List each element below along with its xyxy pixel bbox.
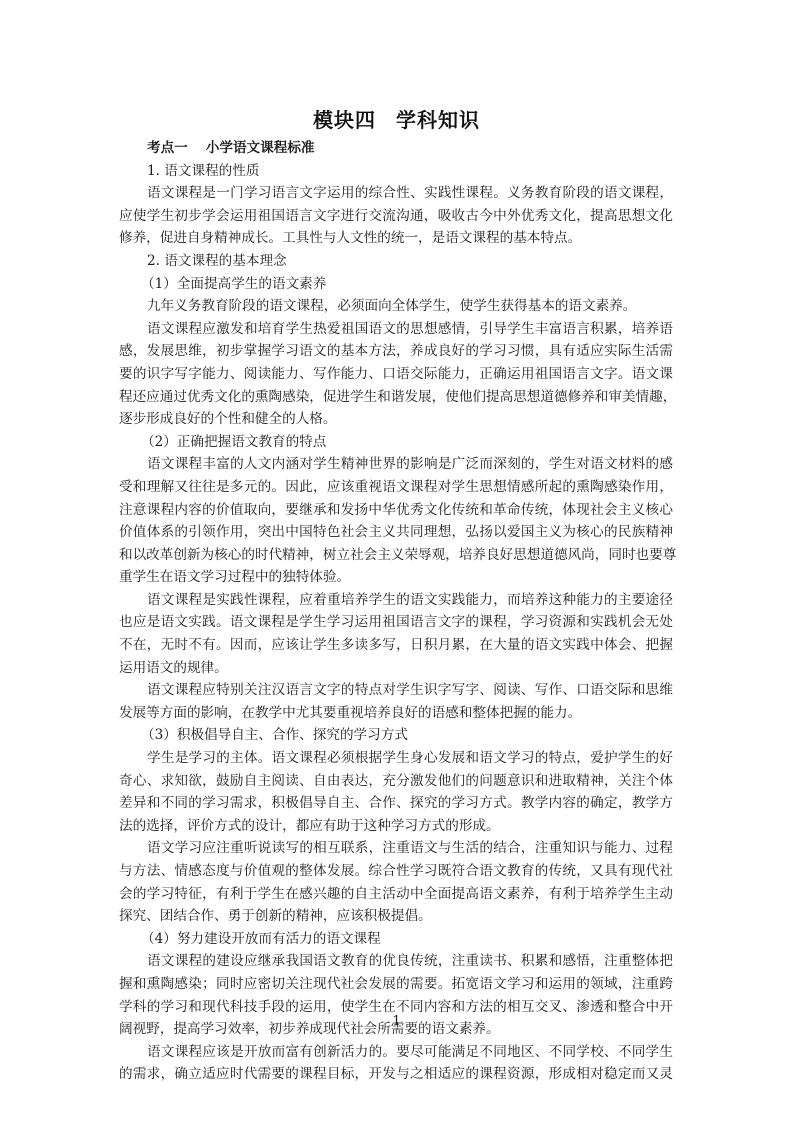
- subsection-title-3: （3）积极倡导自主、合作、探究的学习方式: [119, 724, 673, 747]
- paragraph-line: 法的选择，评价方式的设计，都应有助于这种学习方式的形成。: [119, 815, 673, 838]
- paragraph-line: 会的学习特征，有利于学生在感兴趣的自主活动中全面提高语文素养，有利于培养学生主动: [119, 883, 673, 906]
- paragraph-line: 重学生在语文学习过程中的独特体验。: [119, 566, 673, 589]
- paragraph-line: 的需求，确立适应时代需要的课程目标，开发与之相适应的课程资源，形成相对稳定而又灵: [119, 1063, 673, 1086]
- paragraph-line: 与方法、情感态度与价值观的整体发展。综合性学习既符合语文教育的传统，又具有现代社: [119, 860, 673, 883]
- paragraph-line: 语文课程应该是开放而富有创新活力的。要尽可能满足不同地区、不同学校、不同学生: [119, 1041, 673, 1064]
- paragraph: 语文课程丰富的人文内涵对学生精神世界的影响是广泛而深刻的，学生对语文材料的感受和…: [119, 453, 673, 589]
- paragraph-line: 语文学习应注重听说读写的相互联系，注重语文与生活的结合，注重知识与能力、过程: [119, 837, 673, 860]
- subsection-title-4: （4）努力建设开放而有活力的语文课程: [119, 928, 673, 951]
- paragraph-line: 语文课程是一门学习语言文字运用的综合性、实践性课程。义务教育阶段的语文课程，: [119, 182, 673, 205]
- title-module: 模块四: [313, 108, 376, 132]
- paragraph-line: 运用语文的规律。: [119, 657, 673, 680]
- subsection-title-2: （2）正确把握语文教育的特点: [119, 431, 673, 454]
- subsection-title-1: （1）全面提高学生的语文素养: [119, 273, 673, 296]
- document-body: 考点一小学语文课程标准 1. 语文课程的性质 语文课程是一门学习语言文字运用的综…: [119, 137, 673, 1086]
- paragraph-line: 也应是语文实践。语文课程是学生学习运用祖国语言文字的课程，学习资源和实践机会无处: [119, 611, 673, 634]
- section-title-1: 1. 语文课程的性质: [119, 160, 673, 183]
- paragraph-line: 握和熏陶感染；同时应密切关注现代社会发展的需要。拓宽语文学习和运用的领域，注重跨: [119, 973, 673, 996]
- paragraph-line: 价值体系的引领作用，突出中国特色社会主义共同理想，弘扬以爱国主义为核心的民族精神: [119, 521, 673, 544]
- paragraph-line: 应使学生初步学会运用祖国语言文字进行交流沟通，吸收古今中外优秀文化，提高思想文化: [119, 205, 673, 228]
- paragraph-line: 感，发展思维，初步掌握学习语文的基本方法，养成良好的学习习惯，具有适应实际生活需: [119, 340, 673, 363]
- paragraph-line: 程还应通过优秀文化的熏陶感染，促进学生和谐发展，使他们提高思想道德修养和审美情趣…: [119, 386, 673, 409]
- paragraph-line: 和以改革创新为核心的时代精神，树立社会主义荣辱观，培养良好思想道德风尚，同时也要…: [119, 544, 673, 567]
- paragraph-line: 不在，无时不有。因而，应该让学生多读多写，日积月累，在大量的语文实践中体会、把握: [119, 634, 673, 657]
- paragraph-line: 差异和不同的学习需求，积极倡导自主、合作、探究的学习方式。教学内容的确定，教学方: [119, 792, 673, 815]
- heading-label: 考点一: [147, 140, 188, 156]
- paragraph-line: 学生是学习的主体。语文课程必须根据学生身心发展和语文学习的特点，爱护学生的好: [119, 747, 673, 770]
- paragraph-line: 修养，促进自身精神成长。工具性与人文性的统一，是语文课程的基本特点。: [119, 227, 673, 250]
- paragraph-line: 注意课程内容的价值取向，要继承和发扬中华优秀文化传统和革命传统，体现社会主义核心: [119, 499, 673, 522]
- paragraph-line: 语文课程应激发和培育学生热爱祖国语文的思想感情，引导学生丰富语言积累，培养语: [119, 318, 673, 341]
- paragraph: 语文课程是实践性课程，应着重培养学生的语文实践能力，而培养这种能力的主要途径也应…: [119, 589, 673, 679]
- section-title-2: 2. 语文课程的基本理念: [119, 250, 673, 273]
- title-subject: 学科知识: [396, 108, 480, 132]
- paragraph: 语文课程应激发和培育学生热爱祖国语文的思想感情，引导学生丰富语言积累，培养语感，…: [119, 318, 673, 431]
- paragraph-line: 语文课程的建设应继承我国语文教育的优良传统，注重读书、积累和感悟，注重整体把: [119, 950, 673, 973]
- paragraph: 语文课程是一门学习语言文字运用的综合性、实践性课程。义务教育阶段的语文课程，应使…: [119, 182, 673, 250]
- document-page: 模块四学科知识 考点一小学语文课程标准 1. 语文课程的性质 语文课程是一门学习…: [0, 0, 793, 1122]
- paragraph-line: 逐步形成良好的个性和健全的人格。: [119, 408, 673, 431]
- paragraph: 语文课程应特别关注汉语言文字的特点对学生识字写字、阅读、写作、口语交际和思维发展…: [119, 679, 673, 724]
- paragraph-line: 语文课程应特别关注汉语言文字的特点对学生识字写字、阅读、写作、口语交际和思维: [119, 679, 673, 702]
- paragraph-line: 语文课程丰富的人文内涵对学生精神世界的影响是广泛而深刻的，学生对语文材料的感: [119, 453, 673, 476]
- paragraph-line: 探究、团结合作、勇于创新的精神，应该积极提倡。: [119, 905, 673, 928]
- paragraph: 语文课程应该是开放而富有创新活力的。要尽可能满足不同地区、不同学校、不同学生的需…: [119, 1041, 673, 1086]
- page-number: 1: [0, 1014, 793, 1029]
- section-heading: 考点一小学语文课程标准: [119, 137, 673, 160]
- paragraph: 学生是学习的主体。语文课程必须根据学生身心发展和语文学习的特点，爱护学生的好奇心…: [119, 747, 673, 837]
- paragraph-line: 九年义务教育阶段的语文课程，必须面向全体学生，使学生获得基本的语文素养。: [119, 295, 673, 318]
- paragraph-line: 发展等方面的影响，在教学中尤其要重视培养良好的语感和整体把握的能力。: [119, 702, 673, 725]
- paragraph-line: 语文课程是实践性课程，应着重培养学生的语文实践能力，而培养这种能力的主要途径: [119, 589, 673, 612]
- paragraph-line: 奇心、求知欲，鼓励自主阅读、自由表达，充分激发他们的问题意识和进取精神，关注个体: [119, 770, 673, 793]
- paragraph-line: 受和理解又往往是多元的。因此，应该重视语文课程对学生思想情感所起的熏陶感染作用，: [119, 476, 673, 499]
- paragraph-line: 要的识字写字能力、阅读能力、写作能力、口语交际能力，正确运用祖国语言文字。语文课: [119, 363, 673, 386]
- page-title: 模块四学科知识: [0, 104, 793, 133]
- paragraph: 九年义务教育阶段的语文课程，必须面向全体学生，使学生获得基本的语文素养。: [119, 295, 673, 318]
- paragraph: 语文学习应注重听说读写的相互联系，注重语文与生活的结合，注重知识与能力、过程与方…: [119, 837, 673, 927]
- heading-text: 小学语文课程标准: [206, 140, 315, 156]
